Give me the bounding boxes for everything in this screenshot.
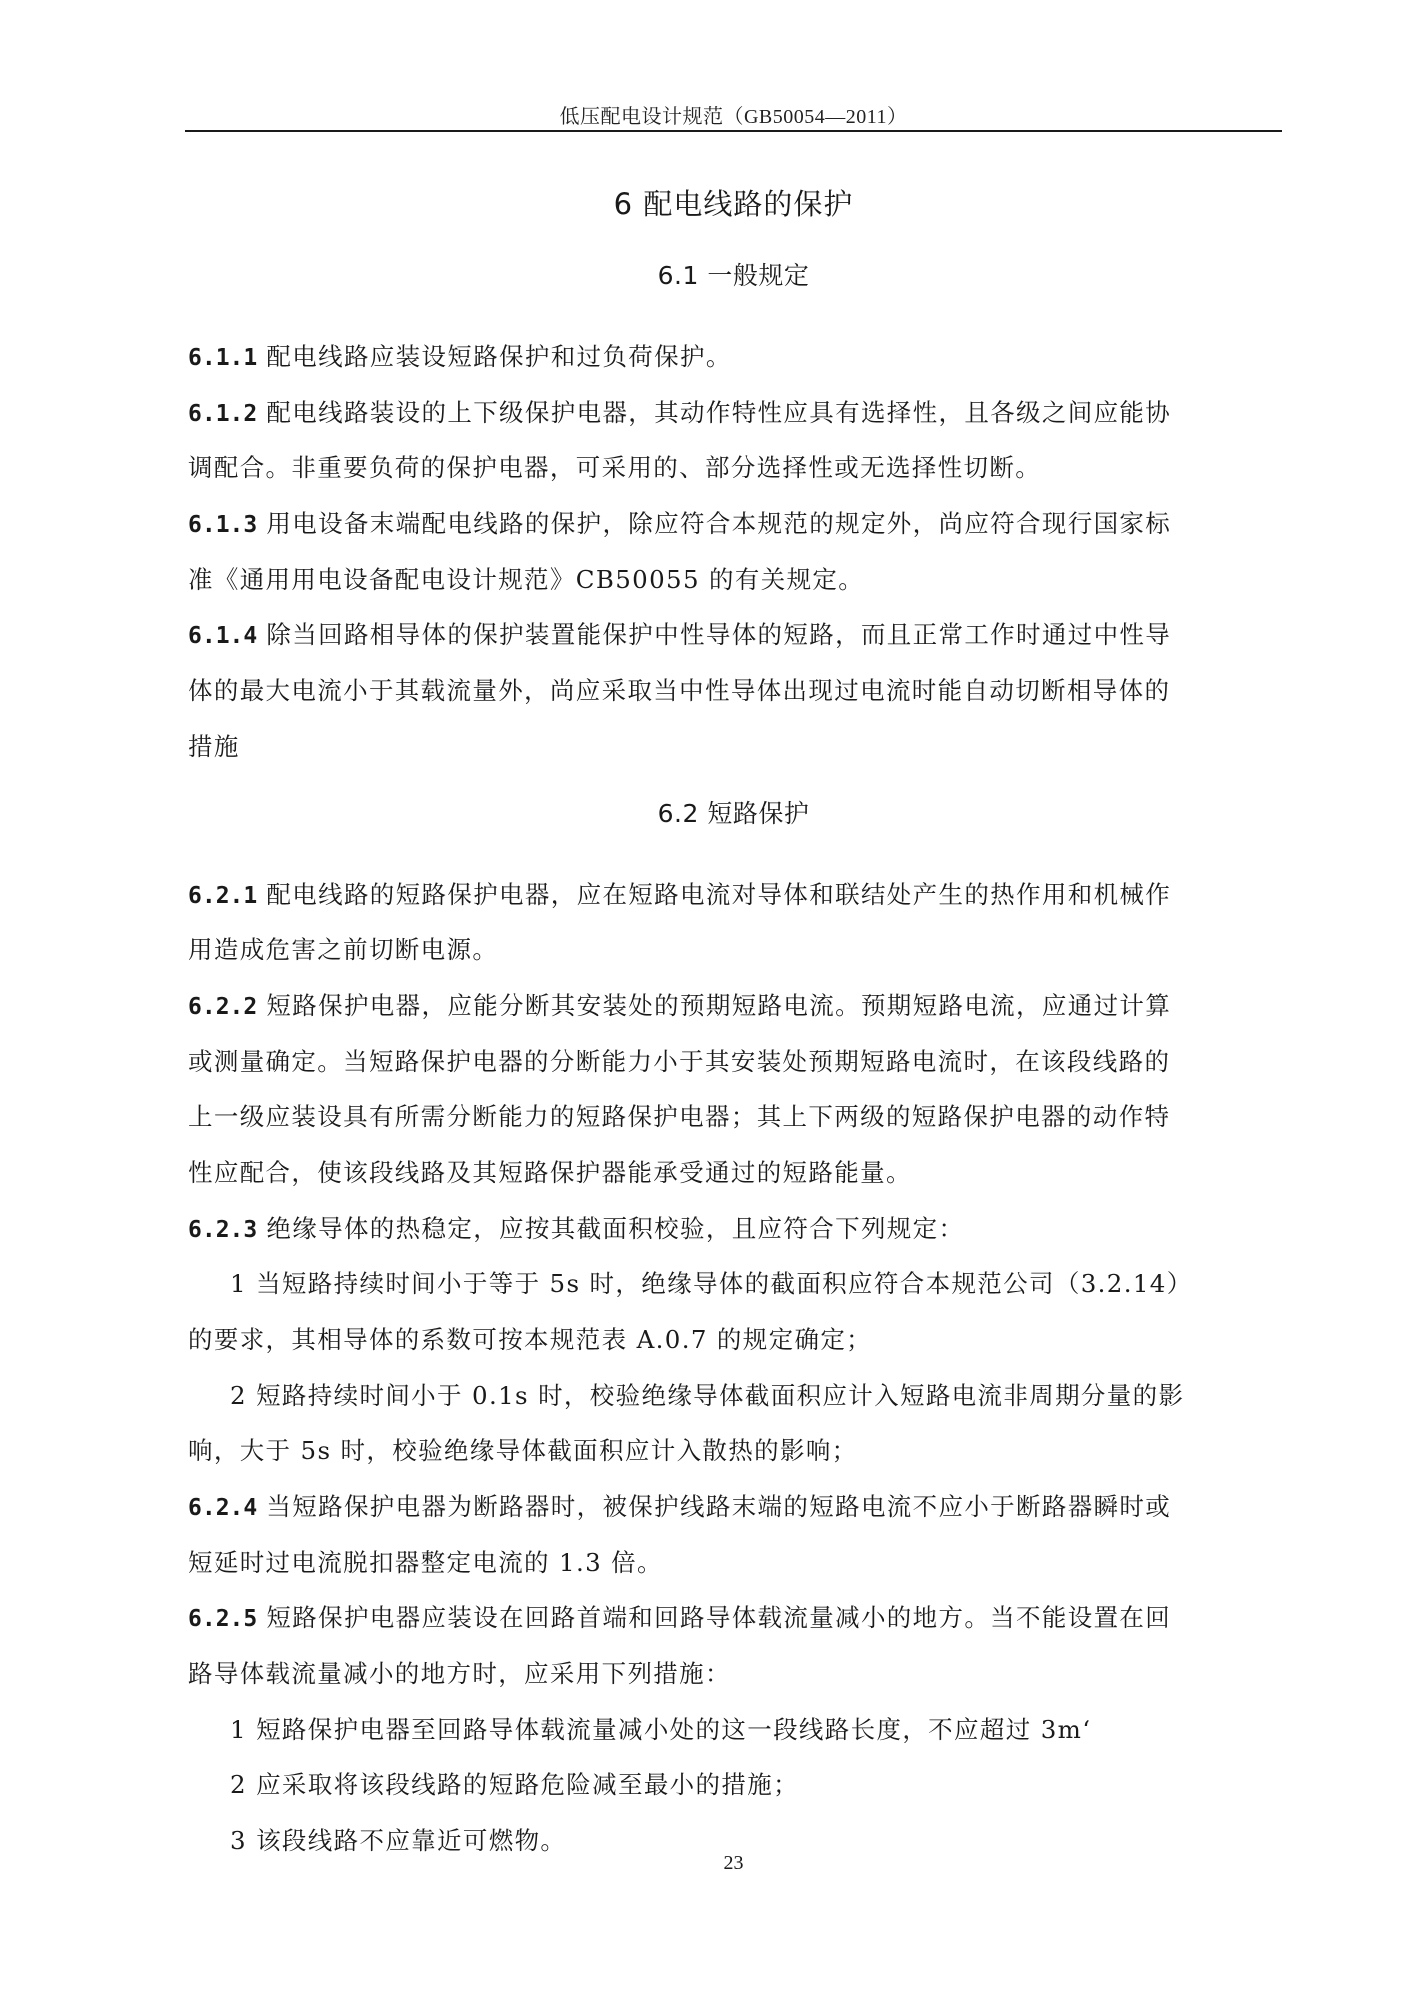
clause-text-continued: 短延时过电流脱扣器整定电流的 1.3 倍。 xyxy=(188,1544,663,1579)
clause-number: 6.1.2 xyxy=(188,401,257,427)
chapter-title: 6 配电线路的保护 xyxy=(185,182,1282,223)
page-number: 23 xyxy=(185,1852,1282,1875)
clause-number: 6.2.2 xyxy=(188,994,257,1020)
clause-6-1-2: 6.1.2 配电线路装设的上下级保护电器，其动作特性应具有选择性，且各级之间应能… xyxy=(188,394,1171,429)
clause-text-continued: 体的最大电流小于其载流量外，尚应采取当中性导体出现过电流时能自动切断相导体的 xyxy=(188,672,1170,707)
list-item-2: 2 短路持续时间小于 0.1s 时，校验绝缘导体截面积应计入短路电流非周期分量的… xyxy=(230,1377,1184,1412)
clause-text-continued: 路导体载流量减小的地方时，应采用下列措施： xyxy=(188,1655,731,1690)
clause-text-continued: 性应配合，使该段线路及其短路保护器能承受通过的短路能量。 xyxy=(188,1154,912,1189)
clause-number: 6.1.1 xyxy=(188,345,257,371)
clause-text-continued: 或测量确定。当短路保护电器的分断能力小于其安装处预期短路电流时，在该段线路的 xyxy=(188,1043,1170,1078)
running-header: 低压配电设计规范（GB50054—2011） xyxy=(185,100,1282,129)
clause-text-continued: 准《通用用电设备配电设计规范》CB50055 的有关规定。 xyxy=(188,561,864,596)
clause-6-1-3: 6.1.3 用电设备末端配电线路的保护，除应符合本规范的规定外，尚应符合现行国家… xyxy=(188,505,1171,540)
clause-text: 绝缘导体的热稳定，应按其截面积校验，且应符合下列规定： xyxy=(266,1214,964,1243)
list-item-continued: 响，大于 5s 时，校验绝缘导体截面积应计入散热的影响； xyxy=(188,1432,858,1467)
clause-number: 6.2.3 xyxy=(188,1217,257,1243)
clause-number: 6.2.4 xyxy=(188,1495,257,1521)
clause-text-continued: 上一级应装设具有所需分断能力的短路保护电器；其上下两级的短路保护电器的动作特 xyxy=(188,1098,1170,1133)
header-rule xyxy=(185,130,1282,132)
clause-6-2-1: 6.2.1 配电线路的短路保护电器，应在短路电流对导体和联结处产生的热作用和机械… xyxy=(188,876,1171,911)
section-title-6-1: 6.1 一般规定 xyxy=(185,256,1282,292)
clause-6-2-4: 6.2.4 当短路保护电器为断路器时，被保护线路末端的短路电流不应小于断路器瞬时… xyxy=(188,1488,1171,1523)
list-item-1: 1 当短路持续时间小于等于 5s 时，绝缘导体的截面积应符合本规范公司（3.2.… xyxy=(230,1265,1193,1300)
document-page: 低压配电设计规范（GB50054—2011） 6 配电线路的保护 6.1 一般规… xyxy=(0,0,1414,2000)
clause-6-1-4: 6.1.4 除当回路相导体的保护装置能保护中性导体的短路，而且正常工作时通过中性… xyxy=(188,616,1171,651)
clause-text: 配电线路装设的上下级保护电器，其动作特性应具有选择性，且各级之间应能协 xyxy=(266,398,1171,427)
clause-text: 配电线路应装设短路保护和过负荷保护。 xyxy=(266,342,731,371)
clause-number: 6.2.5 xyxy=(188,1606,257,1632)
list-item-continued: 的要求，其相导体的系数可按本规范表 A.0.7 的规定确定； xyxy=(188,1321,872,1356)
clause-number: 6.2.1 xyxy=(188,883,257,909)
clause-text-continued: 用造成危害之前切断电源。 xyxy=(188,931,498,966)
clause-text: 短路保护电器应装设在回路首端和回路导体载流量减小的地方。当不能设置在回 xyxy=(266,1603,1171,1632)
clause-6-2-5: 6.2.5 短路保护电器应装设在回路首端和回路导体载流量减小的地方。当不能设置在… xyxy=(188,1599,1171,1634)
clause-text-continued: 措施 xyxy=(188,728,240,763)
clause-number: 6.1.3 xyxy=(188,512,257,538)
clause-text: 用电设备末端配电线路的保护，除应符合本规范的规定外，尚应符合现行国家标 xyxy=(266,509,1171,538)
section-title-6-2: 6.2 短路保护 xyxy=(185,794,1282,830)
list-item-2: 2 应采取将该段线路的短路危险减至最小的措施； xyxy=(230,1766,799,1801)
clause-6-2-2: 6.2.2 短路保护电器，应能分断其安装处的预期短路电流。预期短路电流，应通过计… xyxy=(188,987,1171,1022)
list-item-1: 1 短路保护电器至回路导体载流量减小处的这一段线路长度，不应超过 3m‘ xyxy=(230,1711,1091,1746)
clause-number: 6.1.4 xyxy=(188,623,257,649)
clause-text: 当短路保护电器为断路器时，被保护线路末端的短路电流不应小于断路器瞬时或 xyxy=(266,1492,1171,1521)
clause-text: 除当回路相导体的保护装置能保护中性导体的短路，而且正常工作时通过中性导 xyxy=(266,620,1171,649)
clause-text: 短路保护电器，应能分断其安装处的预期短路电流。预期短路电流，应通过计算 xyxy=(266,991,1171,1020)
clause-text: 配电线路的短路保护电器，应在短路电流对导体和联结处产生的热作用和机械作 xyxy=(266,880,1171,909)
clause-6-1-1: 6.1.1 配电线路应装设短路保护和过负荷保护。 xyxy=(188,338,732,373)
clause-text-continued: 调配合。非重要负荷的保护电器，可采用的、部分选择性或无选择性切断。 xyxy=(188,449,1041,484)
clause-6-2-3: 6.2.3 绝缘导体的热稳定，应按其截面积校验，且应符合下列规定： xyxy=(188,1210,964,1245)
